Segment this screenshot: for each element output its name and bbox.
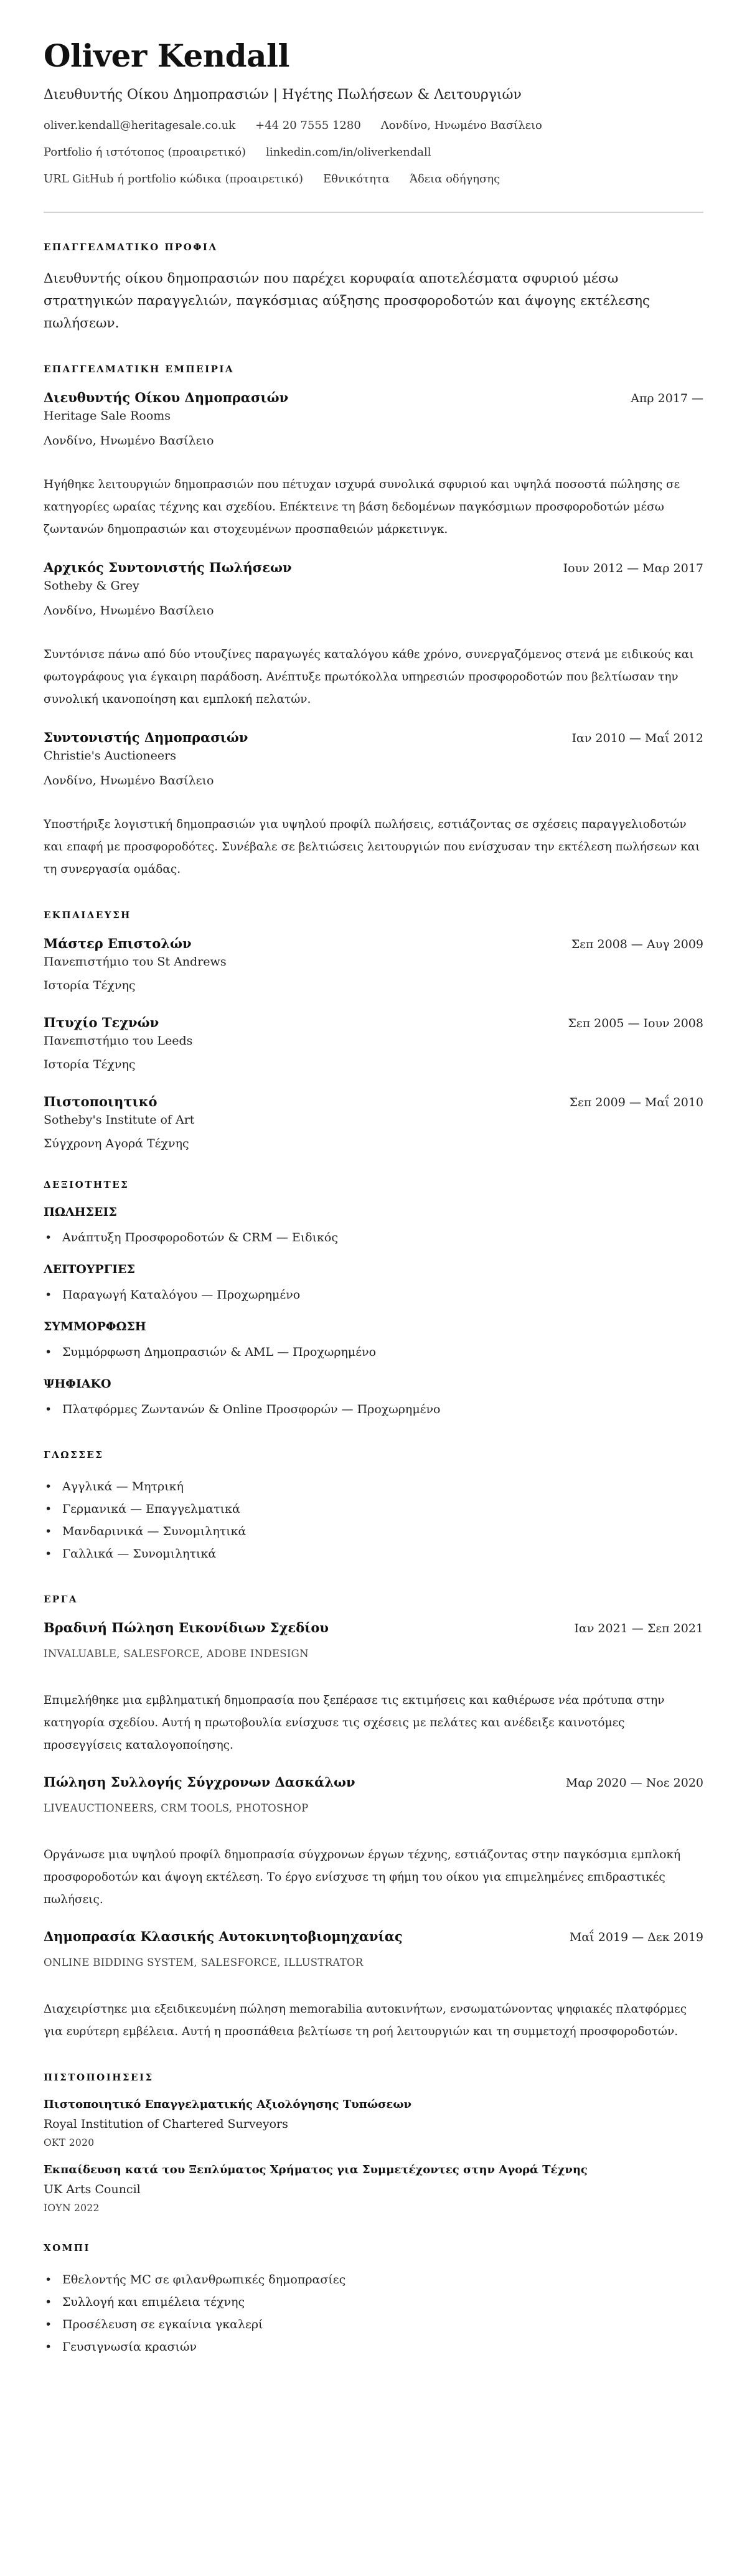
school-name: Πανεπιστήμιο του St Andrews — [44, 955, 703, 969]
job-company: Heritage Sale Rooms — [44, 409, 703, 423]
hobby-item: Εθελοντής MC σε φιλανθρωπικές δημοπρασίε… — [44, 2268, 703, 2291]
header-divider — [44, 212, 703, 213]
section-title: ΧΟΜΠΙ — [44, 2242, 703, 2254]
skill-list: Πλατφόρμες Ζωντανών & Online Προσφορών —… — [44, 1398, 703, 1421]
projects-section: ΕΡΓΑ Βραδινή Πώληση Εικονίδιων Σχεδίου Ι… — [44, 1594, 703, 2043]
hobby-list: Εθελοντής MC σε φιλανθρωπικές δημοπρασίε… — [44, 2268, 703, 2358]
language-item: Μανδαρινικά — Συνομιλητικά — [44, 1520, 703, 1543]
job-description: Συντόνισε πάνω από δύο ντουζίνες παραγωγ… — [44, 644, 703, 711]
project-description: Διαχειρίστηκε μια εξειδικευμένη πώληση m… — [44, 1998, 703, 2043]
section-title: ΓΛΩΣΣΕΣ — [44, 1449, 703, 1460]
contact-row: oliver.kendall@heritagesale.co.uk +44 20… — [44, 119, 703, 132]
language-item: Γερμανικά — Επαγγελματικά — [44, 1498, 703, 1520]
skill-item: Πλατφόρμες Ζωντανών & Online Προσφορών —… — [44, 1398, 703, 1421]
certification-issuer: UK Arts Council — [44, 2183, 703, 2196]
contact-email[interactable]: oliver.kendall@heritagesale.co.uk — [44, 119, 235, 132]
certification-name: Εκπαίδευση κατά του Ξεπλύματος Χρήματος … — [44, 2163, 703, 2176]
candidate-headline: Διευθυντής Οίκου Δημοπρασιών | Ηγέτης Πω… — [44, 87, 703, 103]
experience-entry: Αρχικός Συντονιστής Πωλήσεων Ιουν 2012 —… — [44, 560, 703, 711]
project-dates: Μαρ 2020 — Νοε 2020 — [566, 1776, 703, 1790]
hobby-item: Προσέλευση σε εγκαίνια γκαλερί — [44, 2313, 703, 2336]
field-of-study: Ιστορία Τέχνης — [44, 1058, 703, 1071]
job-dates: Ιουν 2012 — Μαρ 2017 — [563, 562, 703, 575]
project-description: Επιμελήθηκε μια εμβληματική δημοπρασία π… — [44, 1690, 703, 1757]
education-dates: Σεπ 2005 — Ιουν 2008 — [568, 1017, 703, 1030]
skill-group-title: ΣΥΜΜΟΡΦΩΣΗ — [44, 1320, 703, 1333]
skill-item: Συμμόρφωση Δημοπρασιών & AML — Προχωρημέ… — [44, 1341, 703, 1363]
job-dates: Ιαν 2010 — Μαΐ 2012 — [572, 731, 704, 745]
job-title: Διευθυντής Οίκου Δημοπρασιών — [44, 390, 288, 405]
job-location: Λονδίνο, Ηνωμένο Βασίλειο — [44, 604, 703, 618]
section-title: ΠΙΣΤΟΠΟΙΗΣΕΙΣ — [44, 2072, 703, 2083]
project-entry: Δημοπρασία Κλασικής Αυτοκινητοβιομηχανία… — [44, 1929, 703, 2043]
skill-item: Παραγωγή Καταλόγου — Προχωρημένο — [44, 1284, 703, 1306]
field-of-study: Ιστορία Τέχνης — [44, 979, 703, 992]
contact-location: Λονδίνο, Ηνωμένο Βασίλειο — [381, 119, 542, 132]
certification-entry: Εκπαίδευση κατά του Ξεπλύματος Χρήματος … — [44, 2163, 703, 2214]
languages-section: ΓΛΩΣΣΕΣ Αγγλικά — Μητρική Γερμανικά — Επ… — [44, 1449, 703, 1565]
job-company: Christie's Auctioneers — [44, 749, 703, 763]
project-name: Δημοπρασία Κλασικής Αυτοκινητοβιομηχανία… — [44, 1929, 403, 1944]
certification-name: Πιστοποιητικό Επαγγελματικής Αξιολόγησης… — [44, 2098, 703, 2111]
degree-title: Πιστοποιητικό — [44, 1094, 157, 1109]
contact-github[interactable]: URL GitHub ή portfolio κώδικα (προαιρετι… — [44, 172, 303, 186]
job-description: Ηγήθηκε λειτουργιών δημοπρασιών που πέτυ… — [44, 474, 703, 541]
contact-driving-license: Άδεια οδήγησης — [410, 172, 500, 186]
contact-linkedin[interactable]: linkedin.com/in/oliverkendall — [266, 146, 431, 159]
experience-section: ΕΠΑΓΓΕΛΜΑΤΙΚΗ ΕΜΠΕΙΡΙΑ Διευθυντής Οίκου … — [44, 364, 703, 881]
project-name: Βραδινή Πώληση Εικονίδιων Σχεδίου — [44, 1620, 329, 1635]
project-tech: INVALUABLE, SALESFORCE, ADOBE INDESIGN — [44, 1648, 703, 1660]
education-dates: Σεπ 2008 — Αυγ 2009 — [571, 938, 703, 951]
skill-group-title: ΨΗΦΙΑΚΟ — [44, 1377, 703, 1391]
education-entry: Πιστοποιητικό Σεπ 2009 — Μαΐ 2010 Sotheb… — [44, 1094, 703, 1150]
project-description: Οργάνωσε μια υψηλού προφίλ δημοπρασία σύ… — [44, 1844, 703, 1911]
skill-group-title: ΠΩΛΗΣΕΙΣ — [44, 1205, 703, 1219]
project-tech: ONLINE BIDDING SYSTEM, SALESFORCE, ILLUS… — [44, 1957, 703, 1968]
certifications-section: ΠΙΣΤΟΠΟΙΗΣΕΙΣ Πιστοποιητικό Επαγγελματικ… — [44, 2072, 703, 2214]
certification-issuer: Royal Institution of Chartered Surveyors — [44, 2117, 703, 2131]
degree-title: Μάστερ Επιστολών — [44, 936, 192, 951]
profile-summary: Διευθυντής οίκου δημοπρασιών που παρέχει… — [44, 268, 703, 335]
hobbies-section: ΧΟΜΠΙ Εθελοντής MC σε φιλανθρωπικές δημο… — [44, 2242, 703, 2358]
hobby-item: Συλλογή και επιμέλεια τέχνης — [44, 2291, 703, 2313]
project-entry: Πώληση Συλλογής Σύγχρονων Δασκάλων Μαρ 2… — [44, 1774, 703, 1911]
project-entry: Βραδινή Πώληση Εικονίδιων Σχεδίου Ιαν 20… — [44, 1620, 703, 1757]
contact-row: URL GitHub ή portfolio κώδικα (προαιρετι… — [44, 172, 703, 186]
certification-entry: Πιστοποιητικό Επαγγελματικής Αξιολόγησης… — [44, 2098, 703, 2148]
project-name: Πώληση Συλλογής Σύγχρονων Δασκάλων — [44, 1774, 355, 1790]
language-item: Γαλλικά — Συνομιλητικά — [44, 1543, 703, 1565]
contact-portfolio[interactable]: Portfolio ή ιστότοπος (προαιρετικό) — [44, 146, 246, 159]
profile-section: ΕΠΑΓΓΕΛΜΑΤΙΚΟ ΠΡΟΦΙΛ Διευθυντής οίκου δη… — [44, 242, 703, 335]
job-title: Συντονιστής Δημοπρασιών — [44, 730, 248, 745]
field-of-study: Σύγχρονη Αγορά Τέχνης — [44, 1137, 703, 1150]
education-dates: Σεπ 2009 — Μαΐ 2010 — [570, 1096, 703, 1109]
job-location: Λονδίνο, Ηνωμένο Βασίλειο — [44, 434, 703, 448]
job-description: Υποστήριξε λογιστική δημοπρασιών για υψη… — [44, 814, 703, 881]
skill-list: Ανάπτυξη Προσφοροδοτών & CRM — Ειδικός — [44, 1226, 703, 1249]
experience-entry: Συντονιστής Δημοπρασιών Ιαν 2010 — Μαΐ 2… — [44, 730, 703, 881]
project-dates: Μαΐ 2019 — Δεκ 2019 — [570, 1930, 703, 1944]
degree-title: Πτυχίο Τεχνών — [44, 1015, 159, 1030]
section-title: ΕΠΑΓΓΕΛΜΑΤΙΚΗ ΕΜΠΕΙΡΙΑ — [44, 364, 703, 375]
project-tech: LIVEAUCTIONEERS, CRM TOOLS, PHOTOSHOP — [44, 1802, 703, 1814]
job-company: Sotheby & Grey — [44, 579, 703, 593]
language-item: Αγγλικά — Μητρική — [44, 1475, 703, 1498]
contact-nationality: Εθνικότητα — [323, 172, 390, 186]
experience-entry: Διευθυντής Οίκου Δημοπρασιών Απρ 2017 — … — [44, 390, 703, 541]
section-title: ΕΡΓΑ — [44, 1594, 703, 1605]
resume-header: Oliver Kendall Διευθυντής Οίκου Δημοπρασ… — [44, 37, 703, 213]
job-dates: Απρ 2017 — — [631, 392, 703, 405]
skill-list: Παραγωγή Καταλόγου — Προχωρημένο — [44, 1284, 703, 1306]
certification-date: ΙΟΥΝ 2022 — [44, 2202, 703, 2214]
skills-section: ΔΕΞΙΟΤΗΤΕΣ ΠΩΛΗΣΕΙΣ Ανάπτυξη Προσφοροδοτ… — [44, 1179, 703, 1421]
resume-page: Oliver Kendall Διευθυντής Οίκου Δημοπρασ… — [0, 0, 747, 2395]
contact-phone[interactable]: +44 20 7555 1280 — [255, 119, 361, 132]
school-name: Πανεπιστήμιο του Leeds — [44, 1034, 703, 1048]
section-title: ΕΠΑΓΓΕΛΜΑΤΙΚΟ ΠΡΟΦΙΛ — [44, 242, 703, 253]
skill-item: Ανάπτυξη Προσφοροδοτών & CRM — Ειδικός — [44, 1226, 703, 1249]
section-title: ΕΚΠΑΙΔΕΥΣΗ — [44, 910, 703, 921]
job-title: Αρχικός Συντονιστής Πωλήσεων — [44, 560, 292, 575]
section-title: ΔΕΞΙΟΤΗΤΕΣ — [44, 1179, 703, 1190]
job-location: Λονδίνο, Ηνωμένο Βασίλειο — [44, 774, 703, 787]
education-entry: Πτυχίο Τεχνών Σεπ 2005 — Ιουν 2008 Πανεπ… — [44, 1015, 703, 1071]
certification-date: ΟΚΤ 2020 — [44, 2137, 703, 2148]
project-dates: Ιαν 2021 — Σεπ 2021 — [574, 1622, 703, 1635]
school-name: Sotheby's Institute of Art — [44, 1113, 703, 1127]
skill-list: Συμμόρφωση Δημοπρασιών & AML — Προχωρημέ… — [44, 1341, 703, 1363]
hobby-item: Γευσιγνωσία κρασιών — [44, 2336, 703, 2358]
candidate-name: Oliver Kendall — [44, 37, 703, 75]
education-section: ΕΚΠΑΙΔΕΥΣΗ Μάστερ Επιστολών Σεπ 2008 — Α… — [44, 910, 703, 1150]
contact-row: Portfolio ή ιστότοπος (προαιρετικό) link… — [44, 146, 703, 159]
language-list: Αγγλικά — Μητρική Γερμανικά — Επαγγελματ… — [44, 1475, 703, 1565]
skill-group-title: ΛΕΙΤΟΥΡΓΙΕΣ — [44, 1262, 703, 1276]
education-entry: Μάστερ Επιστολών Σεπ 2008 — Αυγ 2009 Παν… — [44, 936, 703, 992]
